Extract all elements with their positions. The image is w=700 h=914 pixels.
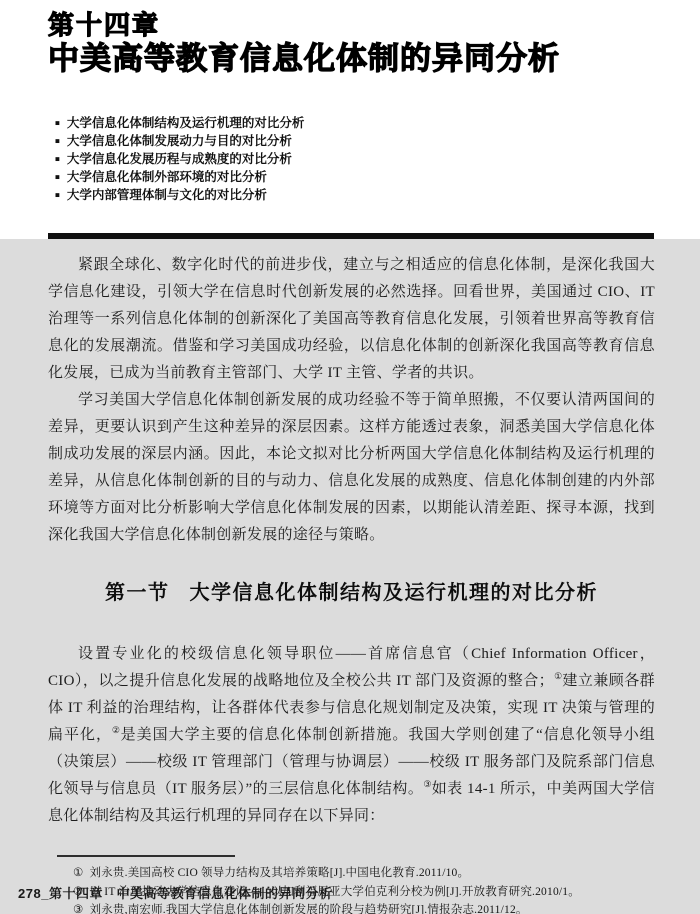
section-title: 大学信息化体制结构及运行机理的对比分析 xyxy=(190,582,599,604)
page-footer: 278_第十四章 中美高等教育信息化体制的异同分析 xyxy=(18,883,332,902)
page-number: 278 xyxy=(18,886,41,901)
footnote: ① 刘永贵.美国高校 CIO 领导力结构及其培养策略[J].中国电化教育.201… xyxy=(73,864,655,883)
abstract-paragraph: 紧跟全球化、数字化时代的前进步伐，建立与之相适应的信息化体制，是深化我国大学信息… xyxy=(48,252,655,387)
footnote-marker: ① xyxy=(73,864,84,883)
chapter-title: 中美高等教育信息化体制的异同分析 xyxy=(48,41,655,76)
toc-item-label: 大学信息化体制结构及运行机理的对比分析 xyxy=(67,114,305,132)
toc-item: ■ 大学信息化体制外部环境的对比分析 xyxy=(55,168,655,186)
toc-item-label: 大学内部管理体制与文化的对比分析 xyxy=(67,186,267,204)
book-page: 第十四章 中美高等教育信息化体制的异同分析 ■ 大学信息化体制结构及运行机理的对… xyxy=(0,0,700,914)
footnote-text: 刘永贵,南宏师.我国大学信息化体制创新发展的阶段与趋势研究[J].情报杂志.20… xyxy=(90,901,528,914)
toc-item: ■ 大学信息化体制发展动力与目的对比分析 xyxy=(55,132,655,150)
abstract-paragraph: 学习美国大学信息化体制创新发展的成功经验不等于简单照搬，不仅要认清两国间的差异，… xyxy=(48,387,655,549)
bullet-square-icon: ■ xyxy=(55,138,60,146)
footer-chapter-title: 中美高等教育信息化体制的异同分析 xyxy=(116,886,332,901)
chapter-header: 第十四章 中美高等教育信息化体制的异同分析 ■ 大学信息化体制结构及运行机理的对… xyxy=(0,0,700,204)
footnote-separator xyxy=(57,855,235,857)
content-panel: 紧跟全球化、数字化时代的前进步伐，建立与之相适应的信息化体制，是深化我国大学信息… xyxy=(0,239,700,914)
chapter-toc: ■ 大学信息化体制结构及运行机理的对比分析 ■ 大学信息化体制发展动力与目的对比… xyxy=(55,114,655,204)
bullet-square-icon: ■ xyxy=(55,174,60,182)
footer-spacer xyxy=(103,886,117,901)
bullet-square-icon: ■ xyxy=(55,120,60,128)
chapter-number: 第十四章 xyxy=(48,10,655,40)
bullet-square-icon: ■ xyxy=(55,156,60,164)
footnote: ③ 刘永贵,南宏师.我国大学信息化体制创新发展的阶段与趋势研究[J].情报杂志.… xyxy=(73,901,655,914)
toc-item: ■ 大学信息化发展历程与成熟度的对比分析 xyxy=(55,150,655,168)
footer-chapter: 第十四章 xyxy=(49,886,103,901)
toc-item: ■ 大学信息化体制结构及运行机理的对比分析 xyxy=(55,114,655,132)
section-heading: 第一节大学信息化体制结构及运行机理的对比分析 xyxy=(48,579,655,607)
toc-item-label: 大学信息化发展历程与成熟度的对比分析 xyxy=(67,150,292,168)
body-paragraph: 设置专业化的校级信息化领导职位——首席信息官（Chief Information… xyxy=(48,641,655,830)
section-number: 第一节 xyxy=(105,582,170,604)
toc-item-label: 大学信息化体制外部环境的对比分析 xyxy=(67,168,267,186)
footnote-text: 刘永贵.美国高校 CIO 领导力结构及其培养策略[J].中国电化教育.2011/… xyxy=(90,864,470,883)
toc-item: ■ 大学内部管理体制与文化的对比分析 xyxy=(55,186,655,204)
bullet-square-icon: ■ xyxy=(55,192,60,200)
footnote-marker: ③ xyxy=(73,901,84,914)
footer-separator: _ xyxy=(41,886,49,901)
toc-item-label: 大学信息化体制发展动力与目的对比分析 xyxy=(67,132,292,150)
